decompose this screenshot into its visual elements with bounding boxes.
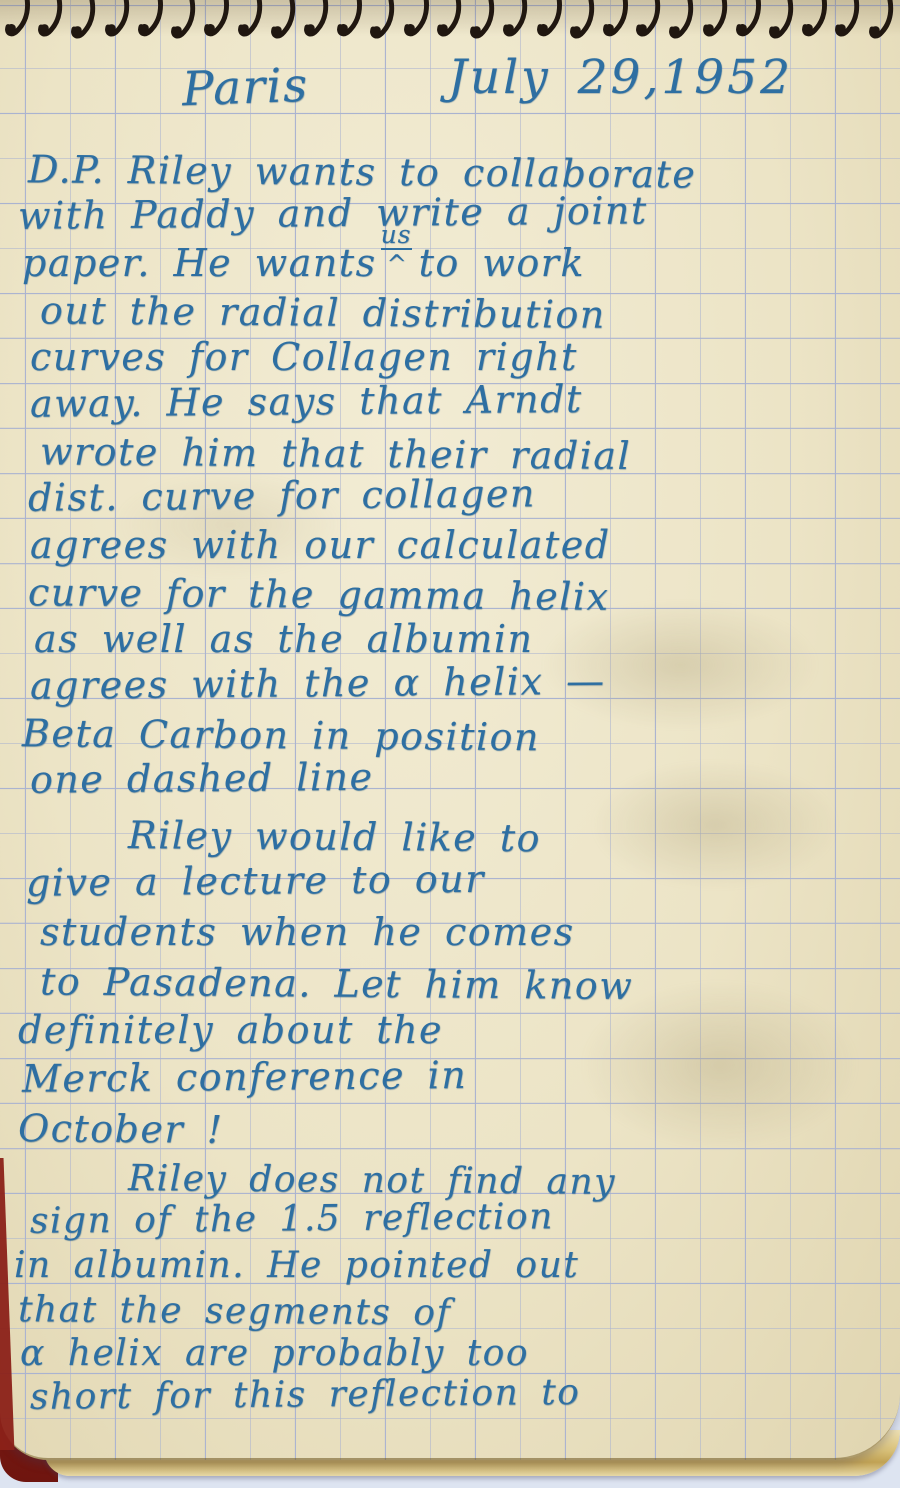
insertion-mark: us^ [377, 266, 419, 276]
spiral-loop-icon [867, 0, 897, 64]
handwritten-line: out the radial distribution [0, 291, 900, 345]
spiral-loop-icon [2, 0, 34, 63]
handwritten-line: sign of the 1.5 reflection [0, 1196, 900, 1248]
inserted-word: us [381, 222, 412, 250]
spiral-loop-icon [568, 0, 598, 64]
spiral-loop-icon [400, 0, 432, 63]
handwritten-line: students when he comes [0, 913, 900, 962]
handwritten-line: in albumin. He pointed out [0, 1248, 900, 1292]
spiral-loop-icon [269, 0, 299, 64]
spiral-loop-icon [600, 0, 632, 63]
handwritten-line-with-insertion: paper. He wantsus^to work [0, 244, 900, 291]
spiral-loop-icon [533, 0, 565, 63]
spiral-loop-icon [501, 0, 531, 62]
spiral-loop-icon [435, 0, 465, 62]
notebook-page: Paris July 29,1952 D.P. Riley wants to c… [0, 0, 900, 1460]
line-text-pre: paper. He wants [22, 241, 377, 285]
spiral-loop-icon [236, 0, 266, 62]
spiral-binding [0, 0, 900, 66]
spiral-loop-icon [69, 0, 99, 64]
handwritten-line: October ! [0, 1109, 900, 1165]
caret-icon: ^ [387, 252, 409, 276]
spiral-loop-icon [169, 0, 199, 64]
handwritten-line: agrees with the α helix — [0, 659, 900, 714]
handwritten-line: agrees with our calculated [0, 526, 900, 573]
handwritten-line: with Paddy and write a joint [0, 189, 900, 244]
spiral-loop-icon [468, 0, 498, 64]
spiral-loop-icon [634, 0, 664, 62]
handwritten-line: curve for the gamma helix [0, 573, 900, 627]
spiral-loop-icon [833, 0, 863, 62]
handwritten-line: short for this reflection to [0, 1372, 900, 1424]
spiral-loop-icon [135, 0, 167, 63]
handwritten-line: Merck conference in [0, 1052, 900, 1109]
paragraph-riley-reflection: Riley does not find any sign of the 1.5 … [0, 1160, 900, 1424]
spiral-loop-icon [667, 0, 697, 64]
spiral-loop-icon [701, 0, 731, 62]
handwritten-line: one dashed line [0, 753, 900, 808]
spiral-loop-icon [302, 0, 332, 62]
spiral-loop-icon [733, 0, 765, 63]
entry-place: Paris [181, 58, 309, 117]
handwritten-line: dist. curve for collagen [0, 471, 900, 526]
handwritten-line: to Pasadena. Let him know [0, 962, 900, 1018]
spiral-loop-icon [799, 0, 831, 63]
spiral-loop-icon [368, 0, 398, 64]
spiral-loop-icon [767, 0, 797, 64]
handwritten-line: give a lecture to our [0, 856, 900, 913]
handwritten-line: away. He says that Arndt [0, 377, 900, 432]
paragraph-riley-collaborate: D.P. Riley wants to collaborate with Pad… [0, 150, 900, 808]
line-text-post: to work [419, 241, 585, 285]
spiral-loop-icon [103, 0, 133, 62]
spiral-loop-icon [334, 0, 366, 63]
paragraph-riley-lecture: Riley would like to give a lecture to ou… [0, 815, 900, 1158]
notebook-scan: Paris July 29,1952 D.P. Riley wants to c… [0, 0, 900, 1488]
handwritten-line: that the segments of [0, 1292, 900, 1343]
spiral-loop-icon [201, 0, 233, 63]
spiral-loop-icon [36, 0, 66, 62]
